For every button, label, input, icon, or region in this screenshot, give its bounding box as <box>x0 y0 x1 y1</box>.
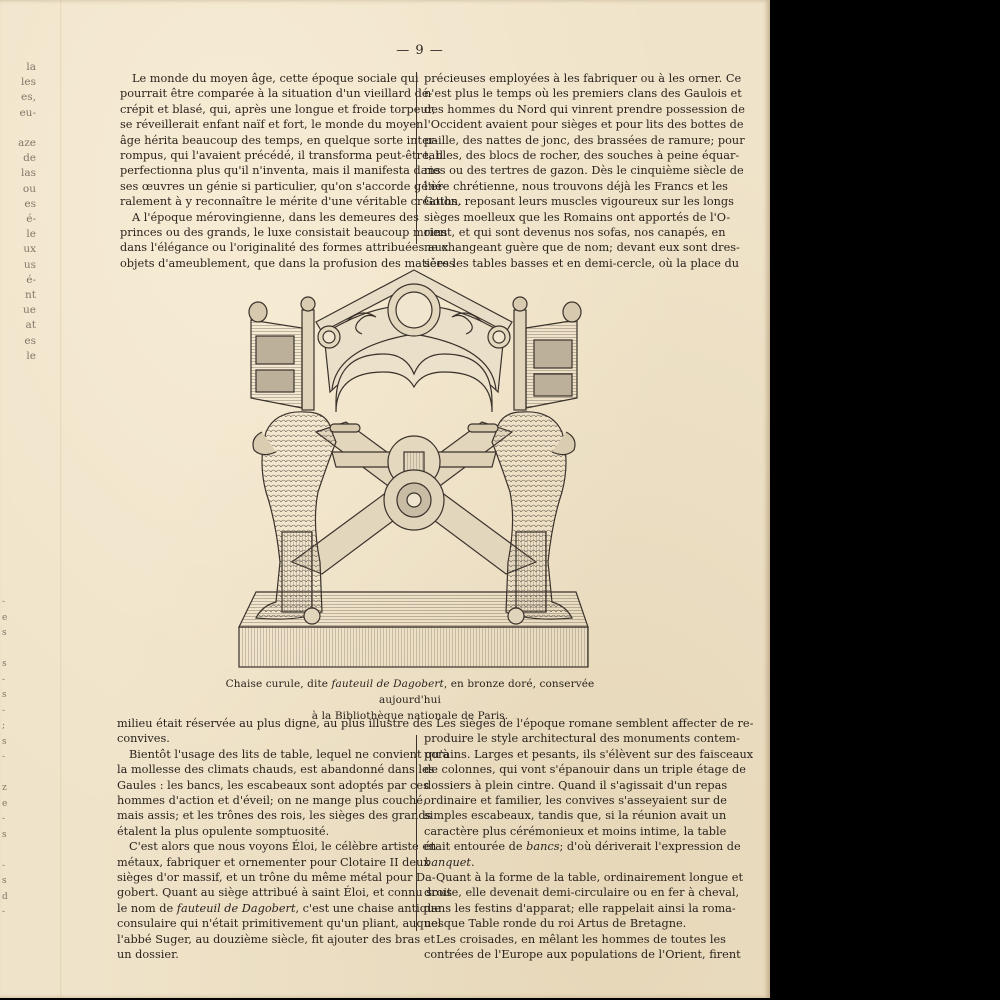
text-line: produire le style architectural des monu… <box>424 731 713 746</box>
chair-engraving <box>236 262 592 670</box>
book-page: laleses,eu- azedelasouesé-leuxusé-ntueat… <box>0 0 770 998</box>
bleed-fragment: at <box>2 318 36 333</box>
text-line: Les croisades, en mêlant les hommes de t… <box>424 932 713 947</box>
text-line: étalent la plus opulente somptuosité. <box>117 824 409 839</box>
curule-chair-illustration-icon <box>236 262 592 670</box>
column-bottom-left: milieu était réservée au plus digne, au … <box>117 716 409 963</box>
bleed-fragment: la <box>2 60 36 75</box>
bleed-fragment: s <box>2 657 36 673</box>
text-line: hommes d'action et d'éveil; on ne mange … <box>117 793 409 808</box>
bleed-fragment: nt <box>2 288 36 303</box>
text-line: ses œuvres un génie si particulier, qu'o… <box>120 179 412 194</box>
bleed-fragment: es <box>2 197 36 212</box>
text-line: Bientôt l'usage des lits de table, leque… <box>117 747 409 762</box>
bleed-fragment: le <box>2 349 36 364</box>
text-line: Les sièges de l'époque romane semblent a… <box>424 716 713 731</box>
bleed-fragment: s <box>2 688 36 704</box>
text-line: de colonnes, qui vont s'épanouir dans un… <box>424 762 713 777</box>
text-line: n'est plus le temps où les premiers clan… <box>424 86 713 101</box>
bleed-fragment: eu- <box>2 106 36 121</box>
bleed-fragment: s <box>2 828 36 844</box>
text-line: se réveillerait enfant naïf et fort, le … <box>120 117 412 132</box>
italic-banquet: banquet <box>424 856 471 869</box>
text-line: crépit et blasé, qui, après une longue e… <box>120 102 412 117</box>
text-line: convives. <box>117 731 409 746</box>
text-line: dossiers à plein cintre. Quand il s'agis… <box>424 778 713 793</box>
bleed-fragment: las <box>2 166 36 181</box>
column-top-right: précieuses employées à les fabriquer ou … <box>424 71 713 271</box>
text-line: sièges d'or massif, et un trône du même … <box>117 870 409 885</box>
bleed-fragment: e <box>2 611 36 627</box>
bleed-fragment: - <box>2 673 36 689</box>
text-line: le nom de fauteuil de Dagobert, c'est un… <box>117 901 409 916</box>
bleed-fragment: es <box>2 334 36 349</box>
text-line: ne changeant guère que de nom; devant eu… <box>424 240 713 255</box>
text-line: dans l'élégance ou l'originalité des for… <box>120 240 412 255</box>
text-line: paille, des nattes de jonc, des brassées… <box>424 133 713 148</box>
text-line: l'ère chrétienne, nous trouvons déjà les… <box>424 179 713 194</box>
text-line: gobert. Quant au siège attribué à saint … <box>117 885 409 900</box>
column-bottom-right: Les sièges de l'époque romane semblent a… <box>424 716 713 963</box>
bleed-fragment: les <box>2 75 36 90</box>
bleed-fragment: ux <box>2 242 36 257</box>
bleed-fragment <box>2 843 36 859</box>
text-line: l'abbé Suger, au douzième siècle, fit aj… <box>117 932 409 947</box>
italic-fauteuil-de-dagobert: fauteuil de Dagobert <box>177 902 296 915</box>
column-rule-top <box>416 72 417 244</box>
bleed-fragment: é- <box>2 273 36 288</box>
bleed-fragment: de <box>2 151 36 166</box>
text-line: pourrait être comparée à la situation d'… <box>120 86 412 101</box>
text-line: A l'époque mérovingienne, dans les demeu… <box>120 210 412 225</box>
bleed-fragment: ; <box>2 719 36 735</box>
text-line: des hommes du Nord qui vinrent prendre p… <box>424 102 713 117</box>
bleed-fragment <box>2 121 36 136</box>
text-line: ordinaire et familier, les convives s'as… <box>424 793 713 808</box>
text-line: rient, et qui sont devenus nos sofas, no… <box>424 225 713 240</box>
text-line: âge hérita beaucoup des temps, en quelqu… <box>120 133 412 148</box>
bleed-fragment: us <box>2 258 36 273</box>
bleed-fragment: é- <box>2 212 36 227</box>
text-line: précieuses employées à les fabriquer ou … <box>424 71 713 86</box>
text-line: porains. Larges et pesants, ils s'élèven… <box>424 747 713 762</box>
text-line: princes ou des grands, le luxe consistai… <box>120 225 412 240</box>
bleed-fragment: es, <box>2 90 36 105</box>
text-line: caractère plus cérémonieux et moins inti… <box>424 824 713 839</box>
text-line: ralement à y reconnaître le mérite d'une… <box>120 194 412 209</box>
text-line: tables, des blocs de rocher, des souches… <box>424 148 713 163</box>
text-line: la mollesse des climats chauds, est aban… <box>117 762 409 777</box>
text-line: banquet. <box>424 855 713 870</box>
text-line: rompus, qui l'avaient précédé, il transf… <box>120 148 412 163</box>
bleed-fragment: - <box>2 905 36 921</box>
bleed-fragment: ou <box>2 182 36 197</box>
bleed-fragment: - <box>2 859 36 875</box>
bleed-fragment: s <box>2 626 36 642</box>
text-line: milieu était réservée au plus digne, au … <box>117 716 409 731</box>
bleed-fragment: ue <box>2 303 36 318</box>
text-line: Gaules : les bancs, les escabeaux sont a… <box>117 778 409 793</box>
page-fold-shadow <box>60 0 62 998</box>
text-line: contrées de l'Europe aux populations de … <box>424 947 713 962</box>
text-line: perfectionna plus qu'il n'inventa, mais … <box>120 163 412 178</box>
bleed-fragment: le <box>2 227 36 242</box>
text-line: consulaire qui n'était primitivement qu'… <box>117 916 409 931</box>
text-line: mais assis; et les trônes des rois, les … <box>117 808 409 823</box>
left-margin-bleed-top: laleses,eu- azedelasouesé-leuxusé-ntueat… <box>2 60 36 364</box>
bleed-fragment: z <box>2 781 36 797</box>
bleed-fragment: s <box>2 735 36 751</box>
page-number: — 9 — <box>380 43 460 58</box>
text-line: dans les festins d'apparat; elle rappela… <box>424 901 713 916</box>
bleed-fragment: e <box>2 797 36 813</box>
bleed-fragment: s <box>2 874 36 890</box>
bleed-fragment <box>2 642 36 658</box>
text-line: droite, elle devenait demi-circulaire ou… <box>424 885 713 900</box>
text-line: un dossier. <box>117 947 409 962</box>
bleed-fragment: - <box>2 704 36 720</box>
text-line: C'est alors que nous voyons Éloi, le cél… <box>117 839 409 854</box>
caption-line-1: Chaise curule, dite fauteuil de Dagobert… <box>200 676 620 708</box>
bleed-fragment: - <box>2 812 36 828</box>
left-margin-bleed-bottom: -es s-s-;s- ze-s -sd- <box>2 595 36 921</box>
bleed-fragment: aze <box>2 136 36 151</box>
text-line: était entourée de bancs; d'où dériverait… <box>424 839 713 854</box>
text-line: simples escabeaux, tandis que, si la réu… <box>424 808 713 823</box>
bleed-fragment <box>2 766 36 782</box>
text-line: Le monde du moyen âge, cette époque soci… <box>120 71 412 86</box>
text-line: Quant à la forme de la table, ordinairem… <box>424 870 713 885</box>
column-rule-bottom <box>416 735 417 931</box>
text-line: ries ou des tertres de gazon. Dès le cin… <box>424 163 713 178</box>
text-line: Goths, reposant leurs muscles vigoureux … <box>424 194 713 209</box>
text-line: l'Occident avaient pour sièges et pour l… <box>424 117 713 132</box>
text-line: métaux, fabriquer et ornementer pour Clo… <box>117 855 409 870</box>
column-top-left: Le monde du moyen âge, cette époque soci… <box>120 71 412 271</box>
caption-italic-title: fauteuil de Dagobert <box>332 678 444 690</box>
italic-bancs: bancs <box>526 840 559 853</box>
text-line: nesque Table ronde du roi Artus de Breta… <box>424 916 713 931</box>
bleed-fragment: - <box>2 595 36 611</box>
bleed-fragment: - <box>2 750 36 766</box>
bleed-fragment: d <box>2 890 36 906</box>
text-line: sièges moelleux que les Romains ont appo… <box>424 210 713 225</box>
